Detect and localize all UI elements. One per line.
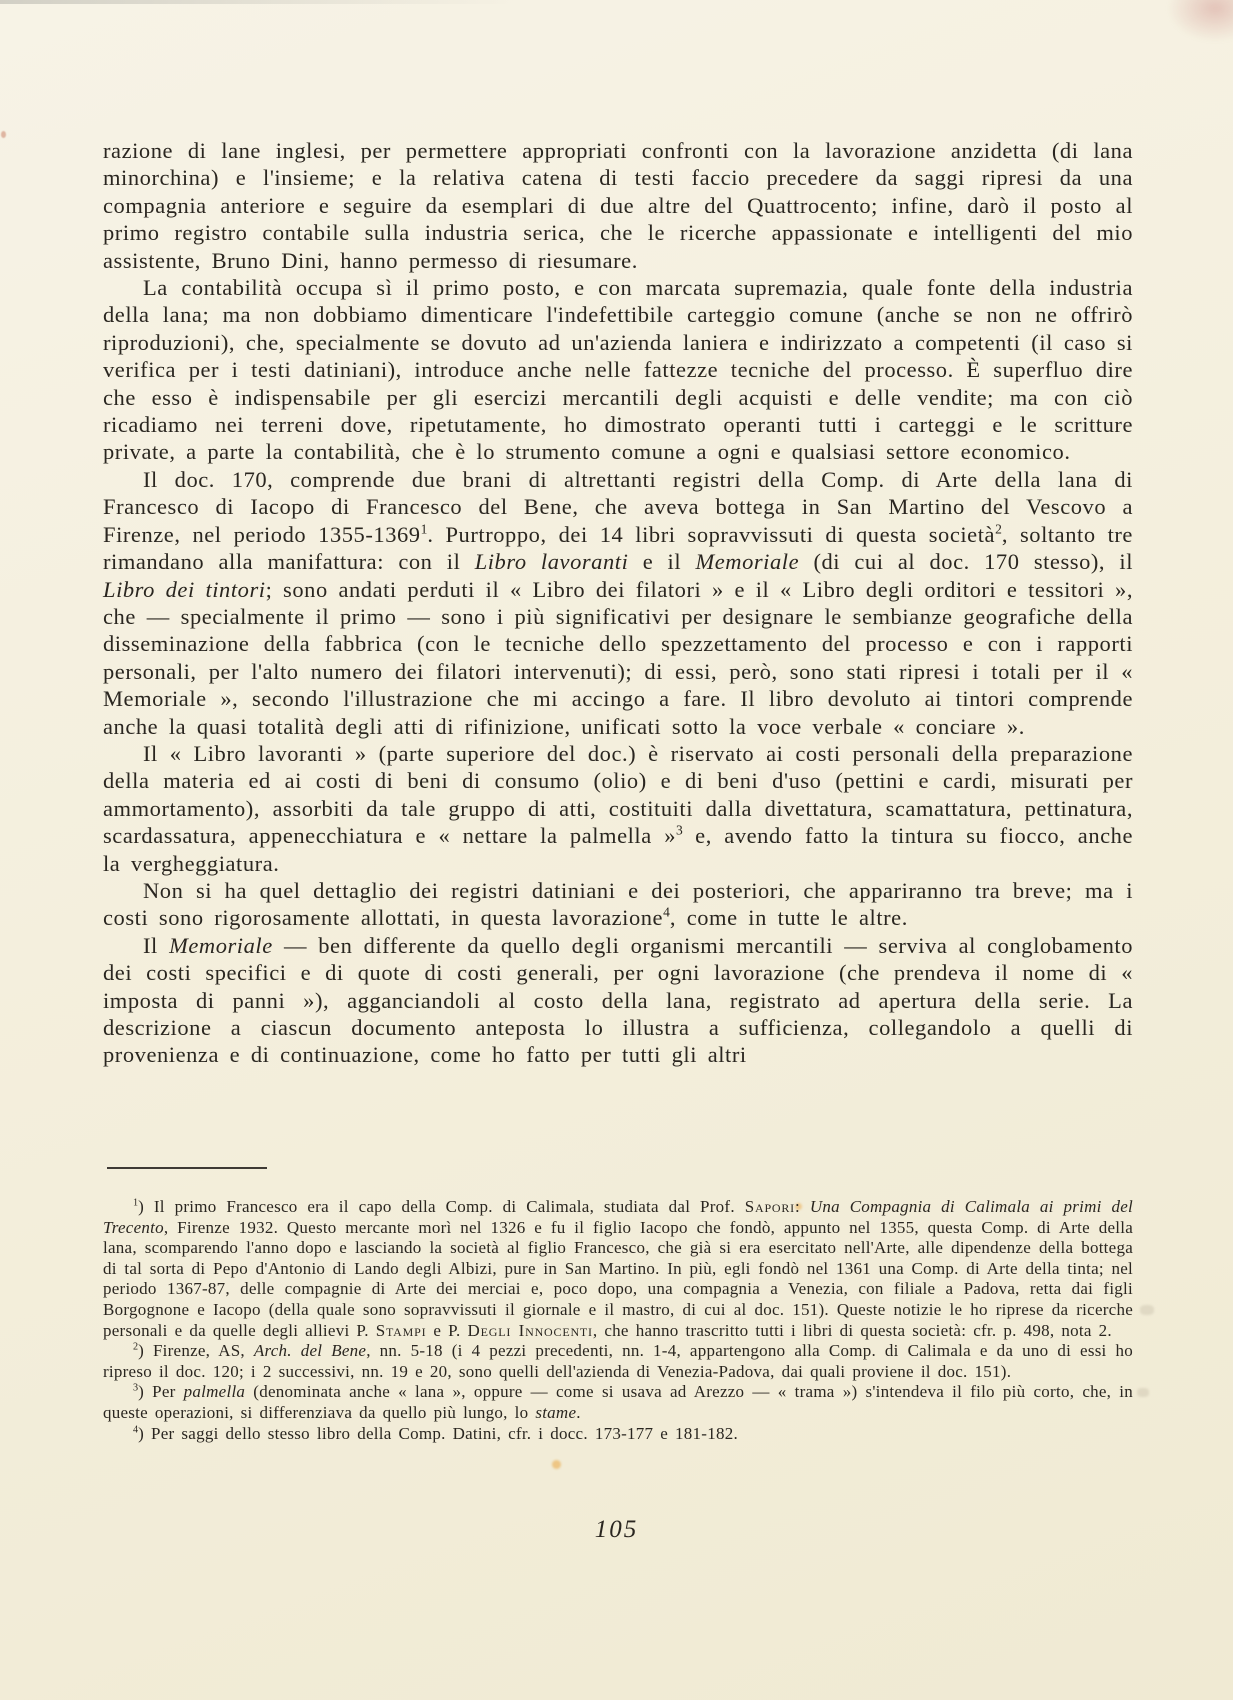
footnotes: 1) Il primo Francesco era il capo della … <box>103 1197 1133 1444</box>
ink-bleed-right-margin <box>1137 1388 1149 1397</box>
footnote: 2) Firenze, AS, Arch. del Bene, nn. 5-18… <box>103 1341 1133 1382</box>
footnote-separator <box>107 1167 267 1169</box>
footnote: 3) Per palmella (denominata anche « lana… <box>103 1382 1133 1423</box>
scanned-book-page: razione di lane inglesi, per permettere … <box>0 0 1233 1700</box>
page-number: 105 <box>0 1516 1233 1544</box>
ink-bleed-right-margin <box>1140 1305 1154 1315</box>
body-paragraph: Il doc. 170, comprende due brani di altr… <box>103 466 1133 740</box>
body-paragraph: La contabilità occupa sì il primo posto,… <box>103 274 1133 466</box>
scan-edge-artifact <box>0 0 520 4</box>
body-paragraph: Non si ha quel dettaglio dei registri da… <box>103 877 1133 932</box>
ink-speck-footnote-4 <box>552 1460 561 1469</box>
body-paragraph: razione di lane inglesi, per permettere … <box>103 137 1133 274</box>
body-paragraph: Il Memoriale — ben differente da quello … <box>103 932 1133 1069</box>
body-text: razione di lane inglesi, per permettere … <box>103 137 1133 1069</box>
footnote: 1) Il primo Francesco era il capo della … <box>103 1197 1133 1341</box>
paper-stain-top-right <box>1167 0 1233 42</box>
footnote: 4) Per saggi dello stesso libro della Co… <box>103 1424 1133 1445</box>
body-paragraph: Il « Libro lavoranti » (parte superiore … <box>103 740 1133 877</box>
paper-speck-left-edge <box>1 131 6 138</box>
